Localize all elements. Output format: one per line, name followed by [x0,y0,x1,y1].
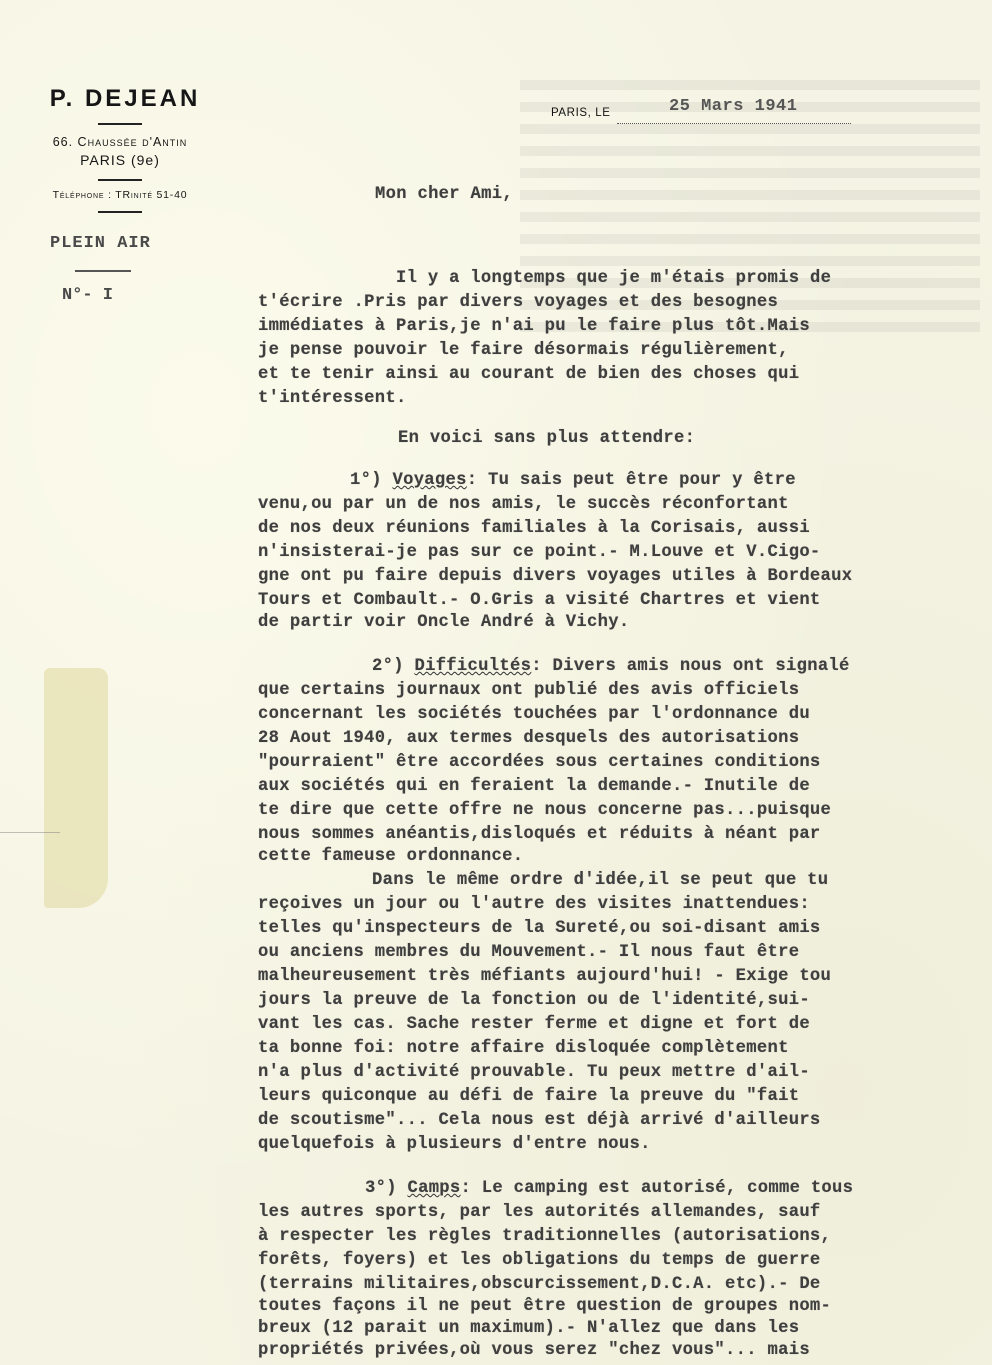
letter-date: 25 Mars 1941 [669,97,797,116]
dateline: PARIS, LE 25 Mars 1941 [551,103,611,121]
text-line: n'insisterai-je pas sur ce point.- M.Lou… [258,542,821,564]
text-line: de nos deux réunions familiales à la Cor… [258,518,810,540]
salutation: Mon cher Ami, [375,184,513,206]
divider [75,270,131,272]
text-line: aux sociétés qui en feraient la demande.… [258,776,810,798]
text-line: que certains journaux ont publié des avi… [258,680,799,702]
section-heading: Difficultés [414,657,531,676]
letterhead: P. DEJEAN 66. Chaussée d'Antin PARIS (9e… [0,85,240,221]
letterhead-address-line2: PARIS (9e) [0,151,240,169]
text-line: venu,ou par un de nos amis, le succès ré… [258,494,789,516]
text-line: Tours et Combault.- O.Gris a visité Char… [258,590,821,612]
letterhead-address-line1: 66. Chaussée d'Antin [0,133,240,151]
text-line: ta bonne foi: notre affaire disloquée co… [258,1038,789,1060]
text-line: je pense pouvoir le faire désormais régu… [258,340,789,362]
section-number: 3°) [365,1179,397,1198]
paper-crease [0,832,60,833]
section-heading: Voyages [392,471,466,490]
section-number: 1°) [350,471,382,490]
text-line: gne ont pu faire depuis divers voyages u… [258,566,852,588]
text-line: : Le camping est autorisé, comme tous [461,1179,854,1198]
text-line: Il y a longtemps que je m'étais promis d… [396,268,831,290]
text-line: n'a plus d'activité prouvable. Tu peux m… [258,1062,810,1084]
text-line: forêts, foyers) et les obligations du te… [258,1250,821,1272]
letterhead-telephone: Téléphone : TRinité 51-40 [0,189,240,201]
text-line: de partir voir Oncle André à Vichy. [258,612,630,634]
text-line: immédiates à Paris,je n'ai pu le faire p… [258,316,810,338]
text-line: et te tenir ainsi au courant de bien des… [258,364,799,386]
letterhead-name: P. DEJEAN [10,85,240,113]
publication-number: N°- I [62,286,113,305]
publication-title: PLEIN AIR [50,234,151,253]
text-line: cette fameuse ordonnance. [258,846,523,868]
text-line: (terrains militaires,obscurcissement,D.C… [258,1274,821,1296]
text-line: ou anciens membres du Mouvement.- Il nou… [258,942,799,964]
text-line: Dans le même ordre d'idée,il se peut que… [372,870,828,892]
text-line: vant les cas. Sache rester ferme et dign… [258,1014,810,1036]
text-line: t'intéressent. [258,388,407,410]
text-line: reçoives un jour ou l'autre des visites … [258,894,810,916]
dotted-line [617,123,851,124]
section-heading-line: 3°) Camps: Le camping est autorisé, comm… [365,1178,853,1200]
text-line: "pourraient" être accordées sous certain… [258,752,821,774]
text-line: malheureusement très méfiants aujourd'hu… [258,966,831,988]
text-line: nous sommes anéantis,disloqués et réduit… [258,824,821,846]
tape-stain [44,668,108,908]
section-number: 2°) [372,657,404,676]
text-line: : Divers amis nous ont signalé [531,657,849,676]
section-heading: Camps [407,1179,460,1198]
text-line: quelquefois à plusieurs d'entre nous. [258,1134,651,1156]
divider [98,123,142,125]
text-line: t'écrire .Pris par divers voyages et des… [258,292,778,314]
text-line: breux (12 parait un maximum).- N'allez q… [258,1318,799,1340]
text-line: les autres sports, par les autorités all… [258,1202,821,1224]
text-line: toutes façons il ne peut être question d… [258,1296,831,1318]
text-line: jours la preuve de la fonction ou de l'i… [258,990,810,1012]
text-line: : Tu sais peut être pour y être [467,471,796,490]
text-line: propriétés privées,où vous serez "chez v… [258,1340,810,1362]
text-line: leurs quiconque au défi de faire la preu… [258,1086,799,1108]
text-line: de scoutisme"... Cela nous est déjà arri… [258,1110,821,1132]
text-line: concernant les sociétés touchées par l'o… [258,704,810,726]
text-line: à respecter les règles traditionnelles (… [258,1226,831,1248]
divider [98,179,142,181]
text-line: telles qu'inspecteurs de la Sureté,ou so… [258,918,821,940]
transition-line: En voici sans plus attendre: [398,428,695,450]
section-heading-line: 1°) Voyages: Tu sais peut être pour y êt… [350,470,796,492]
section-heading-line: 2°) Difficultés: Divers amis nous ont si… [372,656,850,678]
text-line: te dire que cette offre ne nous concerne… [258,800,831,822]
dateline-label: PARIS, LE [551,107,611,119]
divider [98,211,142,213]
text-line: 28 Aout 1940, aux termes desquels des au… [258,728,799,750]
